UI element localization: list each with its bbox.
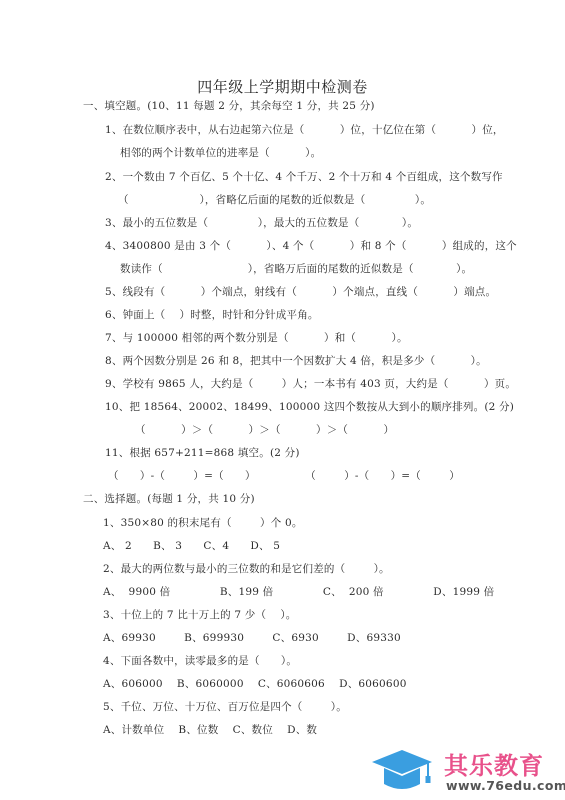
options-line: A、 9900 倍 B、199 倍 C、 200 倍 D、1999 倍 — [103, 585, 494, 599]
question-line: 7、与 100000 相邻的两个数分别是（ ）和（ ）。 — [105, 331, 408, 345]
question-line: （ ），省略亿后面的尾数的近似数是（ ）。 — [118, 193, 431, 207]
section-header-multiple-choice: 二、选择题。(每题 1 分，共 10 分) — [83, 492, 255, 506]
graduation-cap-icon — [370, 748, 440, 798]
question-line: 相邻的两个计数单位的进率是（ ）。 — [120, 146, 321, 160]
question-line: 2、最大的两位数与最小的三位数的和是它们差的（ ）。 — [103, 562, 390, 576]
options-line: A、606000 B、6060000 C、6060606 D、6060600 — [103, 677, 407, 691]
question-line: 6、钟面上（ ）时整，时针和分针成平角。 — [105, 308, 319, 322]
answer-blanks-line: （ ）-（ ）=（ ） （ ）-（ ）=（ ） — [108, 469, 460, 483]
question-line: 8、两个因数分别是 26 和 8，把其中一个因数扩大 4 倍，积是多少（ ）。 — [105, 354, 487, 368]
section-header-fill-in: 一、填空题。(10、11 每题 2 分，其余每空 1 分，共 25 分) — [83, 99, 375, 113]
watermark-name: 其乐教育 — [444, 746, 544, 781]
question-line: 4、3400800 是由 3 个（ ）、4 个（ ）和 8 个（ ）组成的，这个 — [105, 239, 517, 253]
question-line: 4、下面各数中，读零最多的是（ ）。 — [103, 654, 297, 668]
options-line: A、计数单位 B、位数 C、数位 D、数 — [103, 723, 317, 737]
watermark-url: www.76edu.com — [446, 778, 565, 793]
question-line: 5、千位、万位、十万位、百万位是四个（ ）。 — [103, 700, 347, 714]
question-line: 1、350×80 的积末尾有（ ）个 0。 — [103, 516, 303, 530]
question-line: 9、学校有 9865 人，大约是（ ）人；一本书有 403 页，大约是（ ）页。 — [105, 377, 516, 391]
options-line: A、69930 B、699930 C、6930 D、69330 — [103, 631, 401, 645]
question-line: 2、一个数由 7 个百亿、5 个十亿、4 个千万、2 个十万和 4 个百组成，这… — [105, 170, 503, 184]
question-line: 数读作（ ），省略万后面的尾数的近似数是（ ）。 — [120, 262, 472, 276]
exam-title: 四年级上学期期中检测卷 — [0, 76, 565, 97]
question-line: 3、最小的五位数是（ ），最大的五位数是（ ）。 — [105, 216, 418, 230]
question-line: 3、十位上的 7 比十万上的 7 少（ ）。 — [103, 608, 297, 622]
options-line: A、 2 B、 3 C、4 D、 5 — [103, 539, 280, 553]
question-line: 11、根据 657+211=868 填空。(2 分) — [105, 446, 300, 460]
question-line: 5、线段有（ ）个端点，射线有（ ）个端点，直线（ ）端点。 — [105, 285, 496, 299]
question-line: 10、把 18564、20002、18499、100000 这四个数按从大到小的… — [105, 400, 514, 414]
answer-blanks-line: （ ）＞（ ）＞（ ）＞（ ） — [135, 423, 394, 437]
question-line: 1、在数位顺序表中，从右边起第六位是（ ）位，十亿位在第（ ）位， — [105, 123, 504, 137]
watermark-logo: 其乐教育 www.76edu.com — [366, 742, 565, 800]
